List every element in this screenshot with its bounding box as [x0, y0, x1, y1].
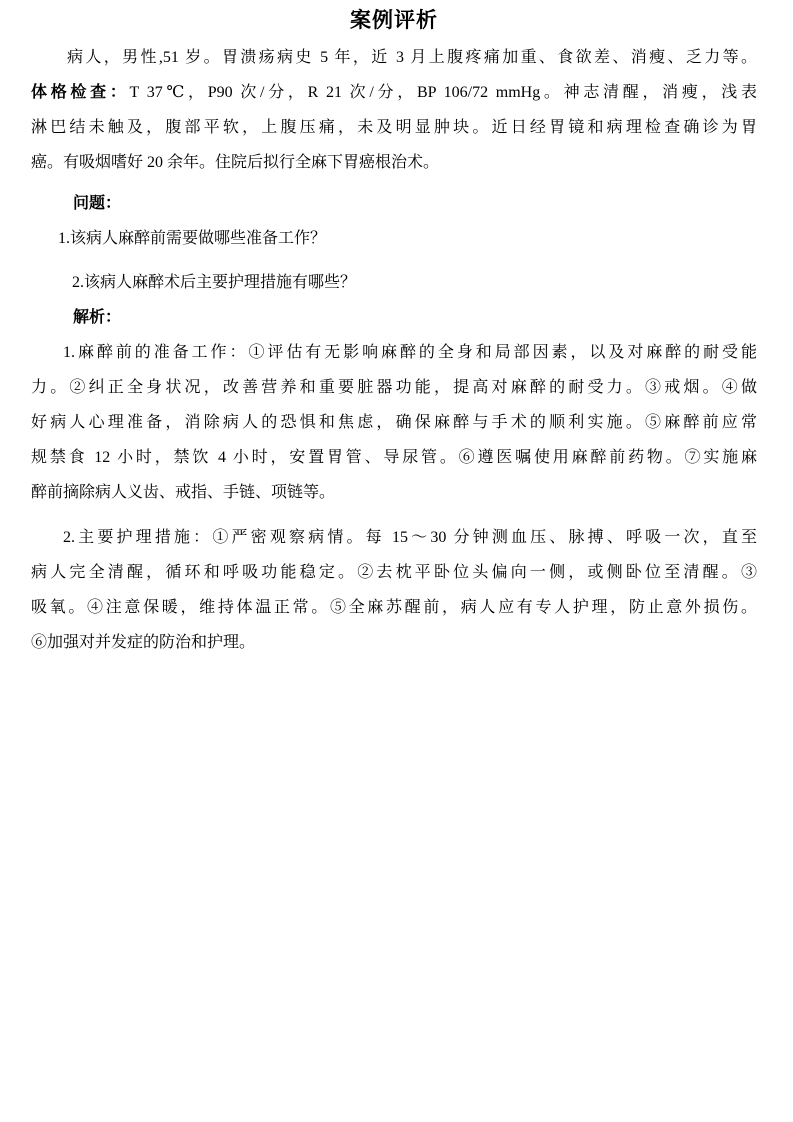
- case-line-2: 体格检查：T 37℃，P90 次/分，R 21 次/分，BP 106/72 mm…: [31, 75, 757, 110]
- answer-2-line: 病人完全清醒，循环和呼吸功能稳定。②去枕平卧位头偏向一侧，或侧卧位至清醒。③: [31, 555, 757, 590]
- answer-1-paragraph: 1.麻醉前的准备工作：①评估有无影响麻醉的全身和局部因素，以及对麻醉的耐受能 力…: [31, 335, 757, 510]
- case-line-1: 病人，男性,51 岁。胃溃疡病史 5 年，近 3 月上腹疼痛加重、食欲差、消瘦、…: [31, 40, 757, 75]
- answer-1-line: 好病人心理准备，消除病人的恐惧和焦虑，确保麻醉与手术的顺利实施。⑤麻醉前应常: [31, 405, 757, 440]
- case-description-paragraph: 病人，男性,51 岁。胃溃疡病史 5 年，近 3 月上腹疼痛加重、食欲差、消瘦、…: [31, 40, 757, 180]
- answer-2-paragraph: 2.主要护理措施：①严密观察病情。每 15～30 分钟测血压、脉搏、呼吸一次，直…: [31, 520, 757, 660]
- question-1: 1.该病人麻醉前需要做哪些准备工作？: [58, 221, 757, 256]
- answer-2-line: ⑥加强对并发症的防治和护理。: [31, 625, 757, 660]
- case-line-3: 淋巴结未触及，腹部平软，上腹压痛，未及明显肿块。近日经胃镜和病理检查确诊为胃: [31, 110, 757, 145]
- answer-1-line: 力。②纠正全身状况，改善营养和重要脏器功能，提高对麻醉的耐受力。③戒烟。④做: [31, 370, 757, 405]
- answer-1-line: 醉前摘除病人义齿、戒指、手链、项链等。: [31, 475, 757, 510]
- document-page: 案例评析 病人，男性,51 岁。胃溃疡病史 5 年，近 3 月上腹疼痛加重、食欲…: [0, 0, 793, 1122]
- analysis-heading: 解析：: [73, 300, 757, 335]
- answer-1-line: 规禁食 12 小时，禁饮 4 小时，安置胃管、导尿管。⑥遵医嘱使用麻醉前药物。⑦…: [31, 440, 757, 475]
- page-title: 案例评析: [31, 6, 757, 34]
- case-line-4: 癌。有吸烟嗜好 20 余年。住院后拟行全麻下胃癌根治术。: [31, 145, 757, 180]
- physical-exam-label: 体格检查：: [31, 84, 130, 101]
- answer-1-line: 1.麻醉前的准备工作：①评估有无影响麻醉的全身和局部因素，以及对麻醉的耐受能: [31, 335, 757, 370]
- answer-2-line: 吸氧。④注意保暖，维持体温正常。⑤全麻苏醒前，病人应有专人护理，防止意外损伤。: [31, 590, 757, 625]
- answer-2-line: 2.主要护理措施：①严密观察病情。每 15～30 分钟测血压、脉搏、呼吸一次，直…: [31, 520, 757, 555]
- questions-heading: 问题：: [73, 186, 757, 221]
- case-line-2-text: T 37℃，P90 次/分，R 21 次/分，BP 106/72 mmHg。神志…: [130, 84, 757, 101]
- question-2: 2.该病人麻醉术后主要护理措施有哪些？: [72, 265, 757, 300]
